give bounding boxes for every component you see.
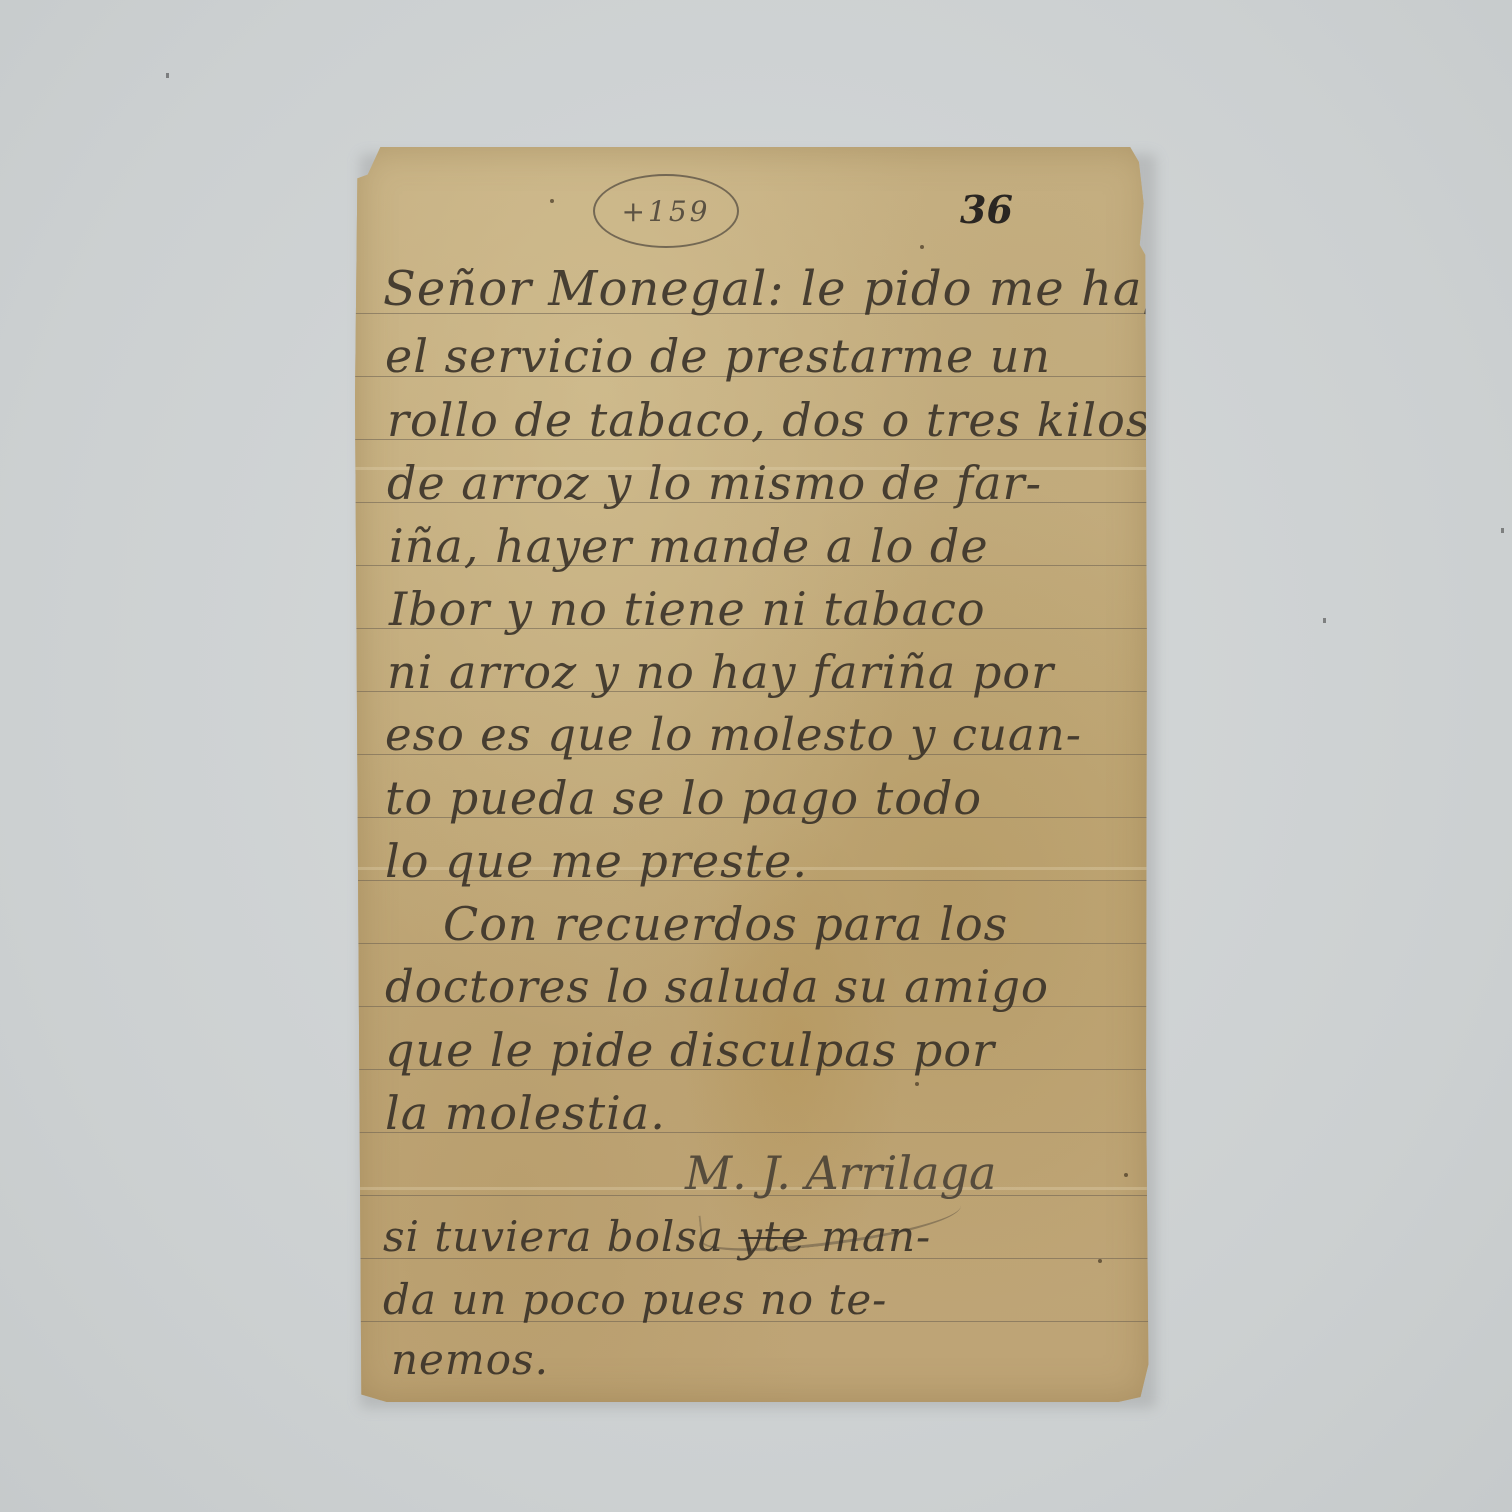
paper-speck xyxy=(920,245,924,249)
letter-line: la molestia. xyxy=(385,1090,666,1136)
postscript-text: man- xyxy=(807,1212,931,1261)
letter-line: ni arroz y no hay fariña por xyxy=(387,649,1054,695)
background-speck xyxy=(1323,618,1326,623)
letter-line: iña, hayer mande a lo de xyxy=(389,523,989,569)
letter-line: eso es que lo molesto y cuan- xyxy=(385,712,1082,757)
letter-line: de arroz y lo mismo de far- xyxy=(387,460,1042,506)
postscript-line: nemos. xyxy=(391,1339,549,1381)
letter-line: doctores lo saluda su amigo xyxy=(385,964,1049,1009)
struck-out-word: yte xyxy=(738,1212,806,1261)
background-speck xyxy=(166,73,169,78)
background-speck xyxy=(1501,528,1504,533)
letter-line: que le pide disculpas por xyxy=(385,1027,995,1073)
letter-line: rollo de tabaco, dos o tres kilos xyxy=(387,397,1150,443)
postscript-line: si tuviera bolsa yte man- xyxy=(383,1216,931,1258)
letter-line: lo que me preste. xyxy=(385,838,808,884)
letter-line: Señor Monegal: le pido me haga xyxy=(383,265,1204,313)
paper-speck xyxy=(550,199,554,203)
letter-line: Con recuerdos para los xyxy=(443,901,1008,947)
archive-mark-text: +159 xyxy=(622,195,711,228)
paper-speck xyxy=(915,1082,919,1086)
letter-sheet: +159 36 Señor Monegal: le pido me haga e… xyxy=(355,147,1150,1402)
letter-line: Ibor y no tiene ni tabaco xyxy=(389,586,986,632)
postscript-line: da un poco pues no te- xyxy=(383,1279,887,1321)
postscript-text: si tuviera bolsa xyxy=(383,1212,738,1261)
paper-speck xyxy=(1098,1259,1102,1263)
paper-speck xyxy=(1124,1173,1128,1177)
archive-mark: +159 xyxy=(593,174,739,248)
folio-number: 36 xyxy=(960,187,1013,232)
letter-line: el servicio de prestarme un xyxy=(385,333,1051,379)
letter-line: to pueda se lo pago todo xyxy=(385,775,982,821)
